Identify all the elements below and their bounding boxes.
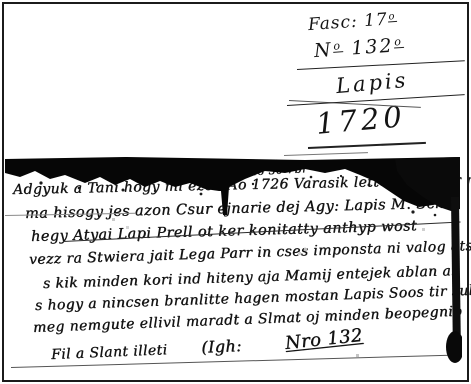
year-underline-stroke	[308, 142, 426, 149]
number-prefix: N	[313, 39, 333, 62]
number-ordinal-2: o	[393, 36, 404, 49]
underline-stroke	[297, 60, 465, 70]
number-ordinal-1: o	[332, 40, 343, 53]
fascicle-ordinal: o	[387, 12, 397, 23]
number-value: 132	[351, 35, 395, 60]
document-title: Lapis	[335, 68, 409, 98]
scanned-document-page: Fasc: 17o No 132o Lapis 1720 1726 30 7br…	[0, 0, 471, 384]
scan-noise-speckles	[5, 157, 6, 158]
manuscript-scan: 1726 30 7br Adgyuk a Tani hogy mi ezen A…	[5, 157, 462, 373]
fascicle-label: Fasc: 17o	[307, 9, 397, 35]
fascicle-text: Fasc: 17	[307, 10, 388, 36]
faint-underline-stroke	[284, 152, 368, 156]
document-number-label: No 132o	[313, 34, 405, 62]
ink-blot-band	[5, 157, 462, 373]
